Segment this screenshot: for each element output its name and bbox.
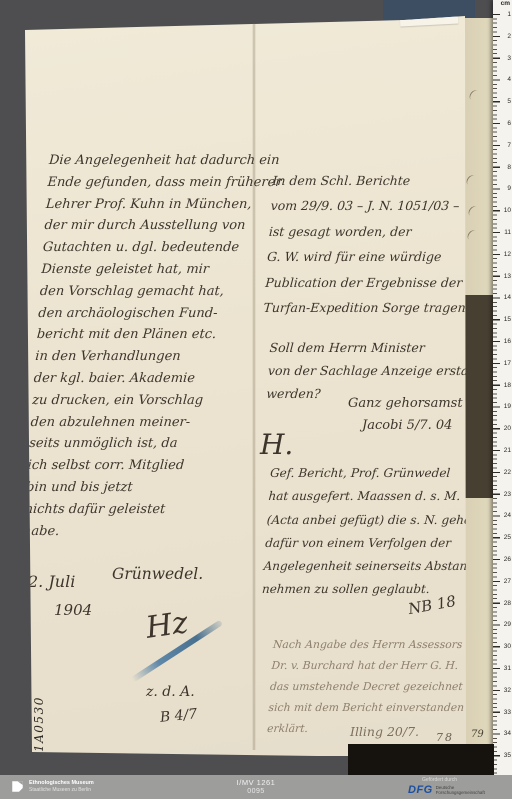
- handwriting-line: hat ausgefert. Maassen d. s. M.: [268, 485, 481, 508]
- handwriting-line: ich selbst corr. Mitglied: [27, 455, 263, 477]
- archive-scan-viewer: cm 1234567891011121314151617181920212223…: [0, 0, 512, 799]
- handwriting-line: Die Angelegenheit hat dadurch ein: [48, 150, 284, 172]
- handwriting-line: habe.: [22, 521, 258, 543]
- handwriting-line: den abzulehnen meiner-: [30, 412, 266, 434]
- handwriting-line: bericht mit den Plänen etc.: [36, 324, 272, 346]
- ruler-numbers: 1234567891011121314151617181920212223242…: [499, 4, 511, 767]
- ruler-number: 31: [499, 658, 511, 680]
- handwriting-line: Dienste geleistet hat, mir: [41, 259, 277, 281]
- handwriting-line: Ende gefunden, dass mein früherer: [47, 172, 283, 194]
- ruler-number: 30: [499, 636, 511, 658]
- handwriting-line: Angelegenheit seinerseits Abstand: [263, 555, 476, 578]
- ruler-number: 25: [499, 527, 511, 549]
- ruler-number: 26: [499, 549, 511, 571]
- ruler-number: 6: [499, 113, 511, 135]
- pencil-signature: Illing 20/7.: [350, 724, 419, 739]
- ruler-number: 33: [499, 702, 511, 724]
- handwriting-line: Lehrer Prof. Kuhn in München,: [45, 194, 281, 216]
- ruler-number: 14: [499, 287, 511, 309]
- large-initial: H.: [260, 428, 293, 461]
- handwriting-line: vom 29/9. 03 – J. N. 1051/03 –: [270, 193, 474, 218]
- right-paragraph-3: Gef. Bericht, Prof. Grünwedelhat ausgefe…: [261, 462, 482, 602]
- ruler-number: 11: [499, 222, 511, 244]
- ruler-number: 16: [499, 331, 511, 353]
- edge-ink-mark: [465, 173, 479, 187]
- handwriting-line: sich mit dem Bericht einverstanden: [268, 697, 486, 718]
- ruler-number: 1: [499, 4, 511, 26]
- letter-sheet: Die Angelegenheit hat dadurch einEnde ge…: [24, 12, 466, 756]
- ruler-number: 32: [499, 680, 511, 702]
- ruler-number: 29: [499, 614, 511, 636]
- ruler-number: 13: [499, 266, 511, 288]
- ruler-number: 2: [499, 26, 511, 48]
- handwriting-line: der kgl. baier. Akademie: [33, 368, 269, 390]
- margin-number-vertical: 1A0530: [32, 696, 46, 752]
- funding-branding: Gefördert durch DFG Deutsche Forschungsg…: [408, 777, 504, 796]
- date-day: 2. Juli: [28, 572, 75, 591]
- handwriting-line: G. W. wird für eine würdige: [266, 244, 470, 269]
- right-paragraph-1: In dem Schl. Berichtevom 29/9. 03 – J. N…: [263, 168, 476, 320]
- left-column-text: Die Angelegenheit hat dadurch einEnde ge…: [22, 150, 283, 542]
- right-paragraph-2: Soll dem Herrn Ministervon der Sachlage …: [266, 336, 494, 405]
- paraph-monogram: Hz: [144, 605, 190, 646]
- handwriting-line: dafür von einem Verfolgen der: [264, 532, 477, 555]
- ruler-number: 17: [499, 353, 511, 375]
- handwriting-line: nichts dafür geleistet: [24, 499, 260, 521]
- ruler-number: 34: [499, 723, 511, 745]
- ruler-number: 35: [499, 745, 511, 767]
- handwriting-line: in den Verhandlungen: [34, 346, 270, 368]
- ruler-number: 12: [499, 244, 511, 266]
- cm-ruler: cm 1234567891011121314151617181920212223…: [493, 0, 512, 775]
- dfg-logo: DFG: [408, 784, 433, 796]
- handwriting-line: seits unmöglich ist, da: [28, 433, 264, 455]
- ruler-number: 9: [499, 178, 511, 200]
- edge-ink-mark: [467, 204, 481, 218]
- date-year: 1904: [54, 601, 92, 619]
- ruler-number: 18: [499, 375, 511, 397]
- funding-label: Gefördert durch: [422, 777, 504, 784]
- closing-formula: Ganz gehorsamst: [348, 396, 463, 411]
- edge-ink-mark: [466, 228, 480, 242]
- handwriting-line: Soll dem Herrn Minister: [269, 336, 494, 359]
- ruler-number: 28: [499, 593, 511, 615]
- handwriting-line: Gef. Bericht, Prof. Grünwedel: [269, 462, 482, 485]
- digitization-footer-bar: Ethnologisches Museum Staatliche Museen …: [0, 775, 512, 799]
- handwriting-line: (Acta anbei gefügt) die s. N. gehö-: [266, 509, 479, 532]
- handwriting-line: In dem Schl. Berichte: [272, 168, 476, 193]
- ruler-number: 3: [499, 48, 511, 70]
- ruler-number: 5: [499, 91, 511, 113]
- handwriting-line: der mir durch Ausstellung von: [44, 215, 280, 237]
- ruler-number: 4: [499, 69, 511, 91]
- page-number-stamp: 78: [436, 731, 454, 744]
- handwriting-line: den archäologischen Fund-: [38, 303, 274, 325]
- filing-paraph: B 4/7: [159, 706, 198, 726]
- next-page-number: 79: [471, 729, 484, 740]
- ruler-number: 19: [499, 396, 511, 418]
- edge-ink-mark: [468, 88, 482, 102]
- handwriting-line: Dr. v. Burchard hat der Herr G. H.: [271, 655, 489, 676]
- ruler-number: 15: [499, 309, 511, 331]
- handwriting-line: Publication der Ergebnisse der: [264, 270, 468, 295]
- ruler-number: 24: [499, 505, 511, 527]
- gutter-shadow: [348, 744, 494, 776]
- handwriting-line: den Vorschlag gemacht hat,: [39, 281, 275, 303]
- filing-note: z. d. A.: [146, 684, 195, 700]
- ruler-number: 20: [499, 418, 511, 440]
- handwriting-line: zu drucken, ein Vorschlag: [31, 390, 267, 412]
- ruler-number: 23: [499, 484, 511, 506]
- signature-gruenwedel: Grünwedel.: [112, 565, 203, 583]
- handwriting-line: Turfan-Expedition Sorge tragen: [263, 295, 467, 320]
- closing-signature: Jacobi 5/7. 04: [362, 418, 452, 433]
- dfg-org-line2: Forschungsgemeinschaft: [436, 790, 485, 795]
- handwriting-line: von der Sachlage Anzeige erstattet: [267, 359, 492, 382]
- ruler-number: 10: [499, 200, 511, 222]
- ruler-number: 27: [499, 571, 511, 593]
- ruler-number: 21: [499, 440, 511, 462]
- handwriting-line: das umstehende Decret gezeichnet und: [269, 676, 487, 697]
- ruler-number: 7: [499, 135, 511, 157]
- handwriting-line: Gutachten u. dgl. bedeutende: [42, 237, 278, 259]
- ruler-number: 8: [499, 157, 511, 179]
- ruler-number: 22: [499, 462, 511, 484]
- handwriting-line: Nach Angabe des Herrn Assessors: [272, 634, 490, 655]
- handwriting-line: ist gesagt worden, der: [268, 219, 472, 244]
- handwriting-line: bin und bis jetzt: [25, 477, 261, 499]
